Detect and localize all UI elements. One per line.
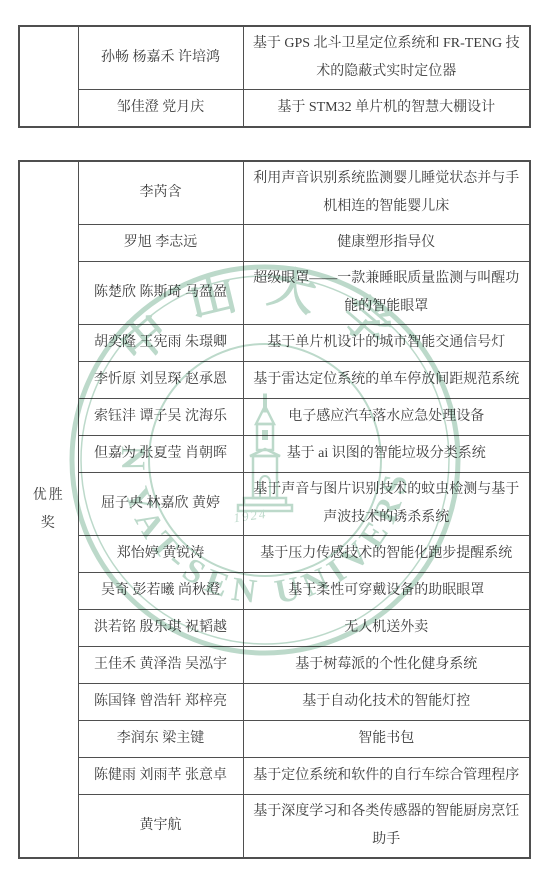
team-members-cell: 李忻原 刘昱琛 赵承恩 xyxy=(78,362,243,399)
team-members-cell: 李芮含 xyxy=(78,161,243,225)
project-title-cell: 基于定位系统和软件的自行车综合管理程序 xyxy=(243,758,530,795)
table-row: 黄宇航基于深度学习和各类传感器的智能厨房烹饪助手 xyxy=(19,795,530,859)
table-row: 陈国锋 曾浩轩 郑梓亮基于自动化技术的智能灯控 xyxy=(19,684,530,721)
team-members-cell: 洪若铭 殷乐琪 祝韬越 xyxy=(78,610,243,647)
table-row: 索钰沣 谭子吴 沈海乐电子感应汽车落水应急处理设备 xyxy=(19,399,530,436)
project-title-cell: 基于自动化技术的智能灯控 xyxy=(243,684,530,721)
team-members-cell: 邹佳澄 党月庆 xyxy=(78,90,243,128)
team-members-cell: 陈健雨 刘雨芊 张意卓 xyxy=(78,758,243,795)
award-category-cell xyxy=(19,26,78,127)
project-title-cell: 基于声音与图片识别技术的蚊虫检测与基于声波技术的诱杀系统 xyxy=(243,473,530,536)
team-members-cell: 王佳禾 黄泽浩 吴泓宇 xyxy=(78,647,243,684)
winner-award-table: 优胜奖李芮含利用声音识别系统监测婴儿睡觉状态并与手机相连的智能婴儿床罗旭 李志远… xyxy=(18,160,531,859)
project-title-cell: 基于单片机设计的城市智能交通信号灯 xyxy=(243,325,530,362)
team-members-cell: 孙畅 杨嘉禾 许培鸿 xyxy=(78,26,243,90)
project-title-cell: 基于柔性可穿戴设备的助眠眼罩 xyxy=(243,573,530,610)
project-title-cell: 基于 GPS 北斗卫星定位系统和 FR-TENG 技术的隐蔽式实时定位器 xyxy=(243,26,530,90)
project-title-cell: 健康塑形指导仪 xyxy=(243,225,530,262)
table-row: 孙畅 杨嘉禾 许培鸿基于 GPS 北斗卫星定位系统和 FR-TENG 技术的隐蔽… xyxy=(19,26,530,90)
table-row: 胡奕隆 王宪雨 朱璟卿基于单片机设计的城市智能交通信号灯 xyxy=(19,325,530,362)
team-members-cell: 罗旭 李志远 xyxy=(78,225,243,262)
project-title-cell: 基于 STM32 单片机的智慧大棚设计 xyxy=(243,90,530,128)
table-row: 屈子央 林嘉欣 黄婷基于声音与图片识别技术的蚊虫检测与基于声波技术的诱杀系统 xyxy=(19,473,530,536)
continuation-award-table: 孙畅 杨嘉禾 许培鸿基于 GPS 北斗卫星定位系统和 FR-TENG 技术的隐蔽… xyxy=(18,25,531,128)
team-members-cell: 屈子央 林嘉欣 黄婷 xyxy=(78,473,243,536)
document-page: 中山大学 SUN YAT-SEN UNIVERSITY 1924 孙畅 杨嘉禾 … xyxy=(0,0,548,873)
table-row: 吴奇 彭若曦 尚秋澄基于柔性可穿戴设备的助眠眼罩 xyxy=(19,573,530,610)
table-row: 李忻原 刘昱琛 赵承恩基于雷达定位系统的单车停放间距规范系统 xyxy=(19,362,530,399)
project-title-cell: 无人机送外卖 xyxy=(243,610,530,647)
project-title-cell: 基于雷达定位系统的单车停放间距规范系统 xyxy=(243,362,530,399)
team-members-cell: 郑怡婷 黄锐涛 xyxy=(78,536,243,573)
table-row: 优胜奖李芮含利用声音识别系统监测婴儿睡觉状态并与手机相连的智能婴儿床 xyxy=(19,161,530,225)
team-members-cell: 索钰沣 谭子吴 沈海乐 xyxy=(78,399,243,436)
team-members-cell: 黄宇航 xyxy=(78,795,243,859)
table-row: 王佳禾 黄泽浩 吴泓宇基于树莓派的个性化健身系统 xyxy=(19,647,530,684)
table-row: 邹佳澄 党月庆基于 STM32 单片机的智慧大棚设计 xyxy=(19,90,530,128)
project-title-cell: 基于 ai 识图的智能垃圾分类系统 xyxy=(243,436,530,473)
table-row: 罗旭 李志远健康塑形指导仪 xyxy=(19,225,530,262)
team-members-cell: 吴奇 彭若曦 尚秋澄 xyxy=(78,573,243,610)
project-title-cell: 基于深度学习和各类传感器的智能厨房烹饪助手 xyxy=(243,795,530,859)
project-title-cell: 超级眼罩——一款兼睡眠质量监测与叫醒功能的智能眼罩 xyxy=(243,262,530,325)
project-title-cell: 基于压力传感技术的智能化跑步提醒系统 xyxy=(243,536,530,573)
project-title-cell: 基于树莓派的个性化健身系统 xyxy=(243,647,530,684)
table-row: 李润东 梁主键智能书包 xyxy=(19,721,530,758)
team-members-cell: 陈楚欣 陈斯琦 马盈盈 xyxy=(78,262,243,325)
project-title-cell: 智能书包 xyxy=(243,721,530,758)
team-members-cell: 李润东 梁主键 xyxy=(78,721,243,758)
team-members-cell: 但嘉为 张夏莹 肖朝晖 xyxy=(78,436,243,473)
project-title-cell: 利用声音识别系统监测婴儿睡觉状态并与手机相连的智能婴儿床 xyxy=(243,161,530,225)
table-row: 陈楚欣 陈斯琦 马盈盈超级眼罩——一款兼睡眠质量监测与叫醒功能的智能眼罩 xyxy=(19,262,530,325)
table-row: 郑怡婷 黄锐涛基于压力传感技术的智能化跑步提醒系统 xyxy=(19,536,530,573)
table-row: 洪若铭 殷乐琪 祝韬越无人机送外卖 xyxy=(19,610,530,647)
award-category-cell: 优胜奖 xyxy=(19,161,78,858)
team-members-cell: 陈国锋 曾浩轩 郑梓亮 xyxy=(78,684,243,721)
table-row: 但嘉为 张夏莹 肖朝晖基于 ai 识图的智能垃圾分类系统 xyxy=(19,436,530,473)
project-title-cell: 电子感应汽车落水应急处理设备 xyxy=(243,399,530,436)
table-row: 陈健雨 刘雨芊 张意卓基于定位系统和软件的自行车综合管理程序 xyxy=(19,758,530,795)
team-members-cell: 胡奕隆 王宪雨 朱璟卿 xyxy=(78,325,243,362)
